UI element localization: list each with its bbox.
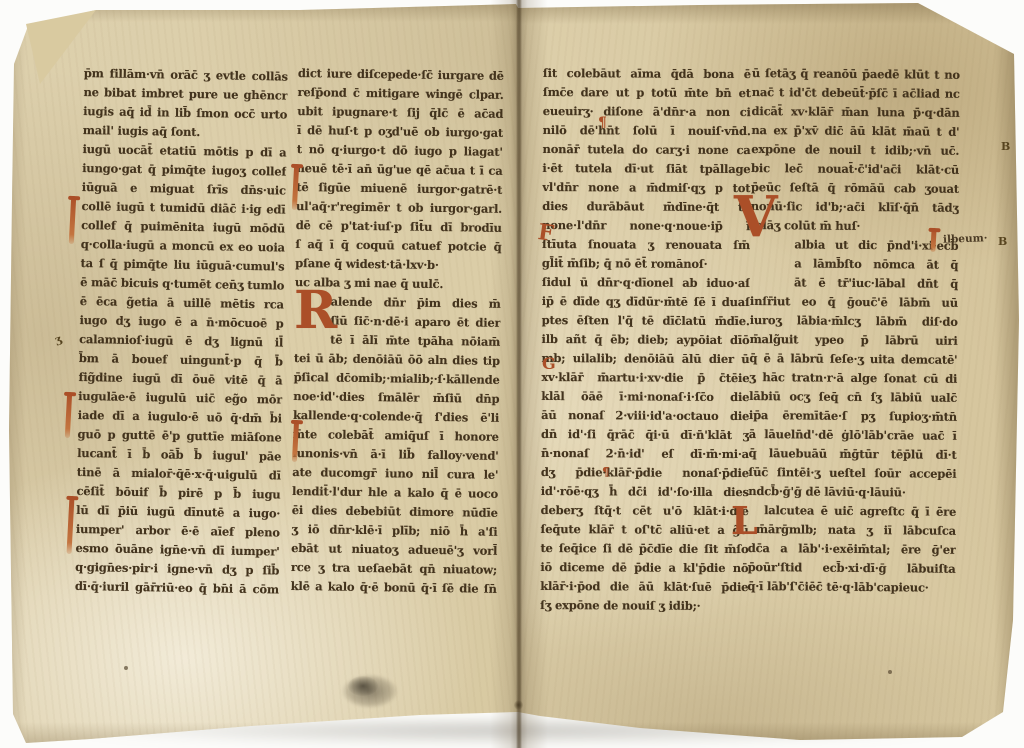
manuscript-photo: p̄m fillām·vn̄ orāc̄ ʒ evtle collāsne bi…: [0, 0, 1024, 748]
binding-knot: [514, 700, 523, 710]
ink-stain-core: [348, 676, 378, 696]
speck: [888, 670, 892, 674]
center-gutter-fold: [490, 0, 548, 748]
speck: [124, 666, 128, 670]
